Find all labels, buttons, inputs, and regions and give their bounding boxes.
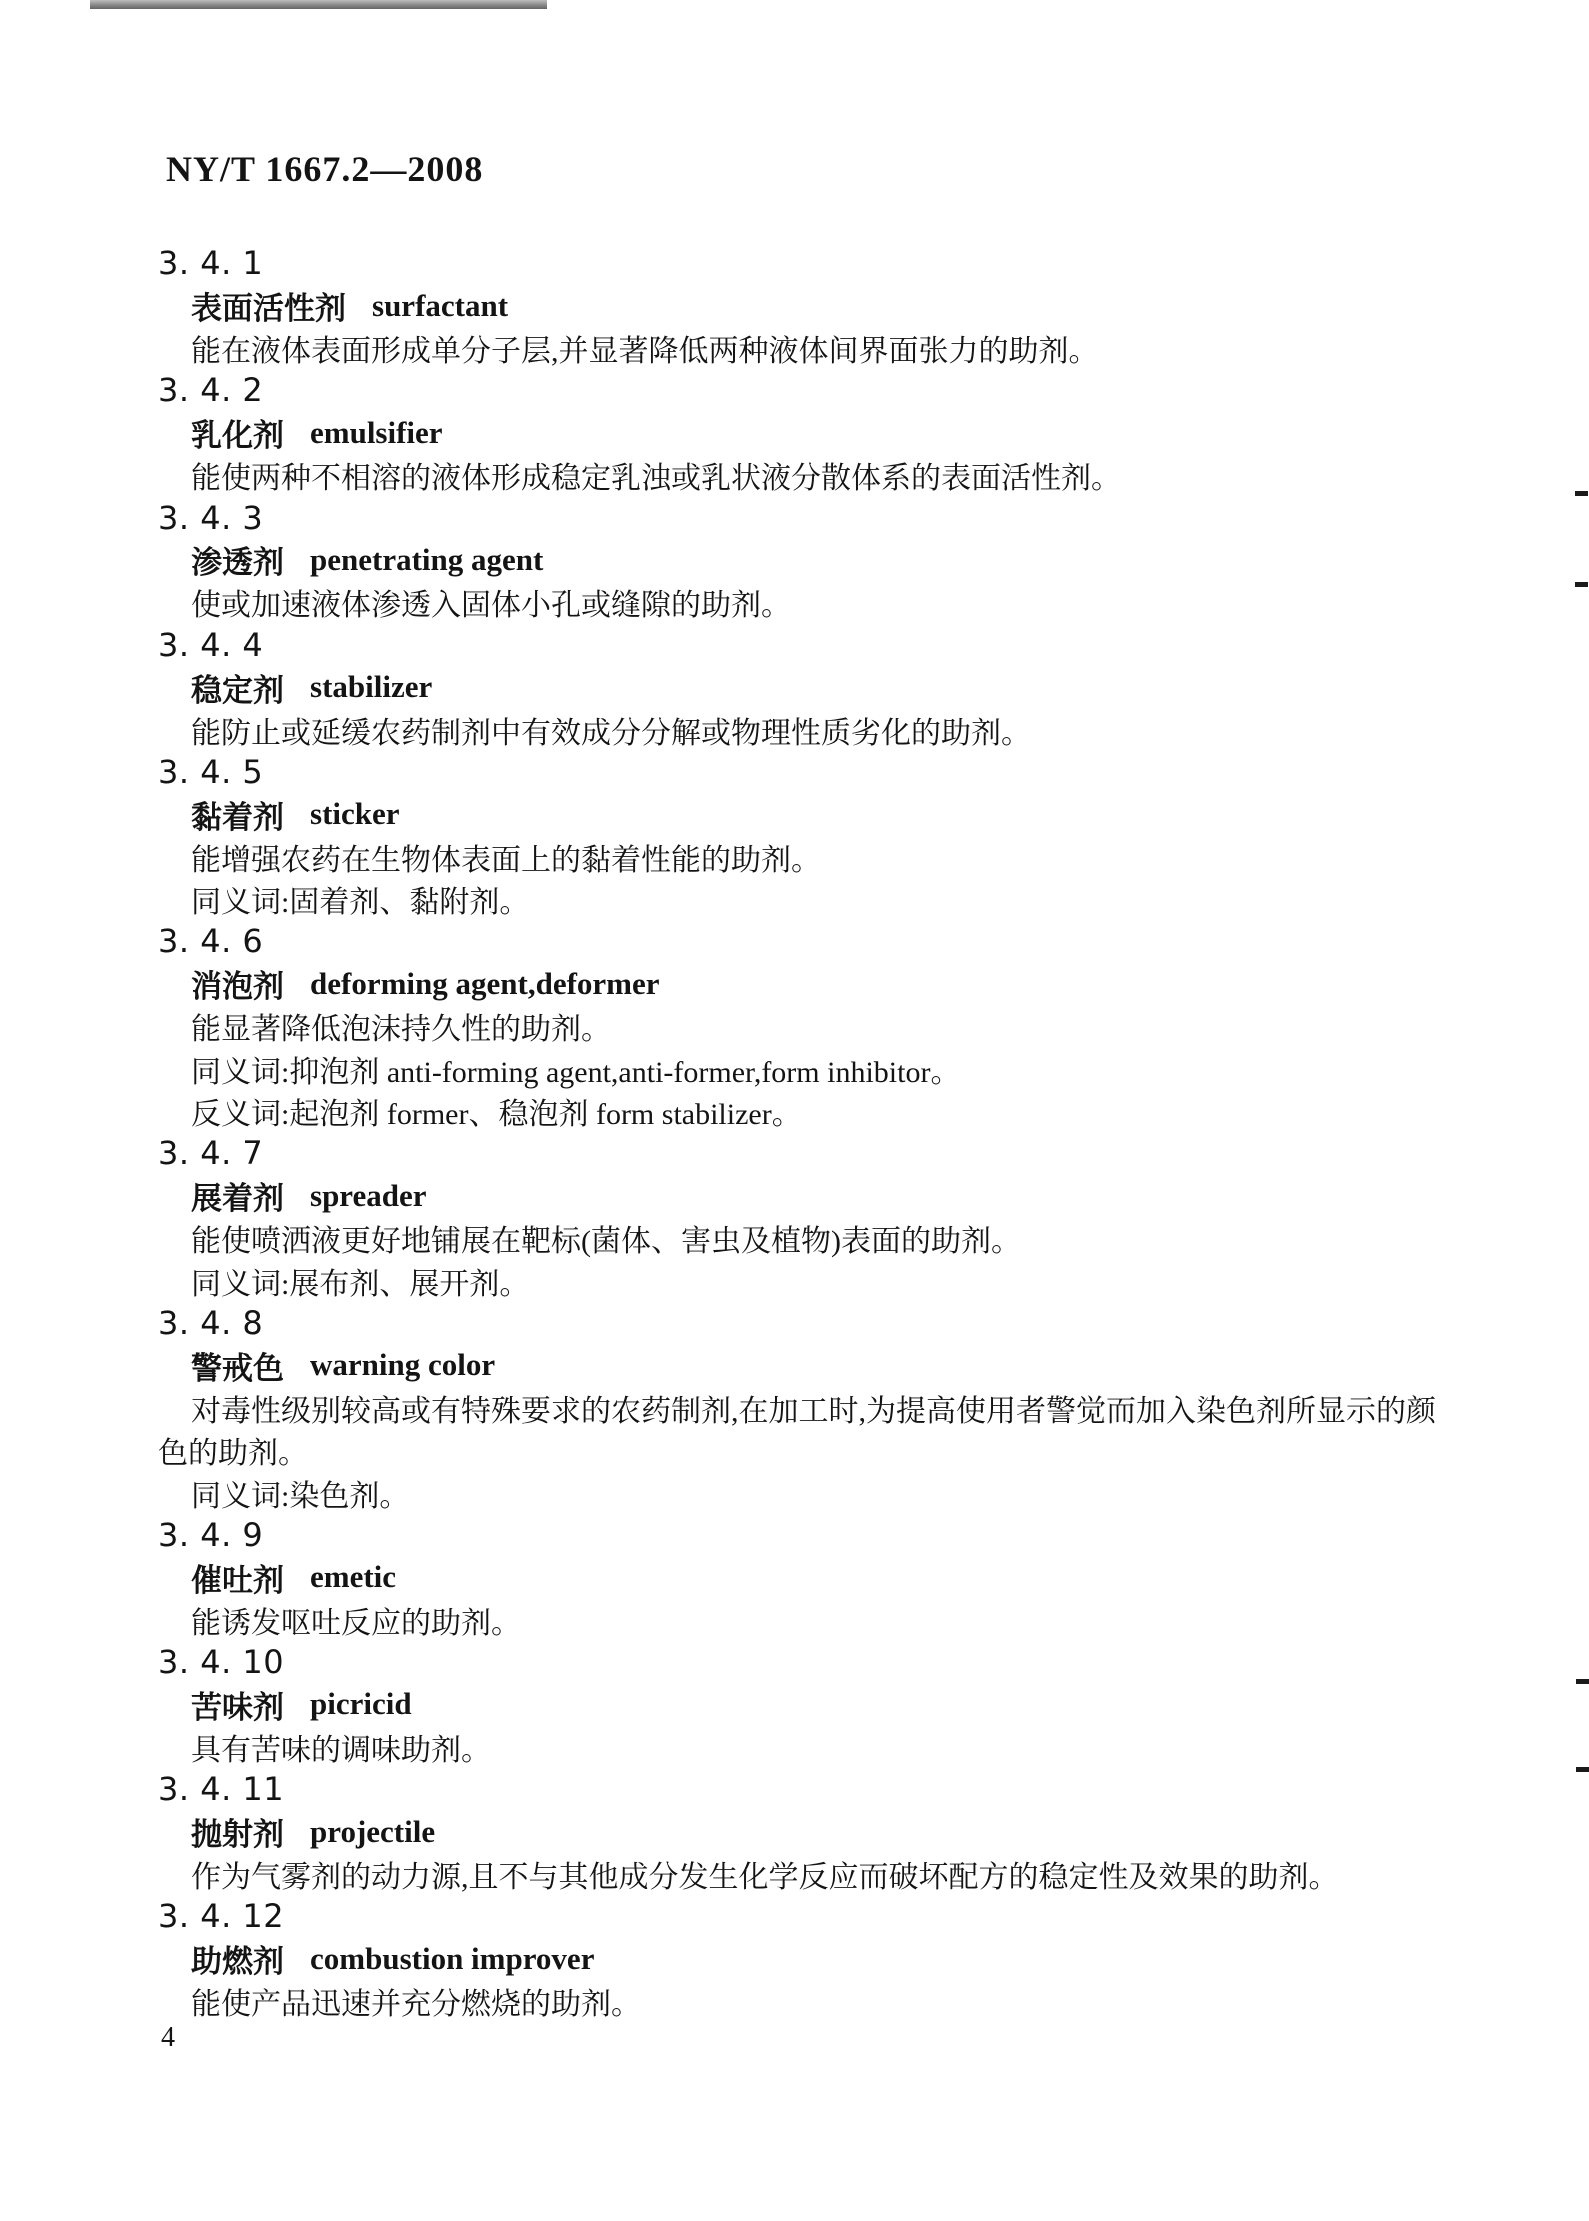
term-line: 渗透剂 penetrating agent — [158, 539, 1578, 581]
definition-line: 能在液体表面形成单分子层,并显著降低两种液体间界面张力的助剂。 — [158, 327, 1578, 369]
term-english: warning color — [310, 1347, 495, 1383]
section-number: 3. 4. 2 — [158, 369, 1578, 411]
standard-number-header: NY/T 1667.2—2008 — [166, 148, 483, 190]
definition-line: 能使喷洒液更好地铺展在靶标(菌体、害虫及植物)表面的助剂。 — [158, 1217, 1578, 1259]
definition-line: 对毒性级别较高或有特殊要求的农药制剂,在加工时,为提高使用者警觉而加入染色剂所显… — [158, 1387, 1578, 1429]
term-english: picricid — [310, 1686, 412, 1722]
definition-continuation-line: 色的助剂。 — [158, 1429, 1578, 1471]
term-line: 警戒色 warning color — [158, 1344, 1578, 1386]
definition-line: 作为气雾剂的动力源,且不与其他成分发生化学反应而破坏配方的稳定性及效果的助剂。 — [158, 1853, 1578, 1895]
section-number: 3. 4. 1 — [158, 242, 1578, 284]
term-line: 催吐剂 emetic — [158, 1556, 1578, 1598]
antonym-line: 反义词:起泡剂 former、稳泡剂 form stabilizer。 — [158, 1090, 1578, 1132]
section-3-4-12: 3. 4. 12 助燃剂 combustion improver 能使产品迅速并… — [158, 1895, 1578, 2022]
section-number: 3. 4. 9 — [158, 1514, 1578, 1556]
term-chinese: 抛射剂 — [191, 1809, 284, 1854]
term-line: 抛射剂 projectile — [158, 1810, 1578, 1852]
term-line: 消泡剂 deforming agent,deformer — [158, 963, 1578, 1005]
page-number: 4 — [161, 2022, 175, 2054]
section-3-4-4: 3. 4. 4 稳定剂 stabilizer 能防止或延缓农药制剂中有效成分分解… — [158, 624, 1578, 751]
document-page: NY/T 1667.2—2008 3. 4. 1 表面活性剂 surfactan… — [0, 0, 1589, 2221]
section-3-4-5: 3. 4. 5 黏着剂 sticker 能增强农药在生物体表面上的黏着性能的助剂… — [158, 751, 1578, 921]
section-number: 3. 4. 6 — [158, 920, 1578, 962]
term-chinese: 乳化剂 — [191, 410, 284, 455]
synonym-line: 同义词:染色剂。 — [158, 1471, 1578, 1513]
definition-line: 能增强农药在生物体表面上的黏着性能的助剂。 — [158, 835, 1578, 877]
synonym-line: 同义词:展布剂、展开剂。 — [158, 1259, 1578, 1301]
section-number: 3. 4. 7 — [158, 1132, 1578, 1174]
term-chinese: 表面活性剂 — [191, 283, 346, 328]
term-english: stabilizer — [310, 669, 432, 705]
term-line: 稳定剂 stabilizer — [158, 666, 1578, 708]
term-chinese: 催吐剂 — [191, 1555, 284, 1600]
definition-line: 能诱发呕吐反应的助剂。 — [158, 1599, 1578, 1641]
term-line: 苦味剂 picricid — [158, 1683, 1578, 1725]
term-chinese: 渗透剂 — [191, 537, 284, 582]
section-3-4-7: 3. 4. 7 展着剂 spreader 能使喷洒液更好地铺展在靶标(菌体、害虫… — [158, 1132, 1578, 1302]
section-3-4-1: 3. 4. 1 表面活性剂 surfactant 能在液体表面形成单分子层,并显… — [158, 242, 1578, 369]
term-chinese: 消泡剂 — [191, 961, 284, 1006]
definition-line: 能显著降低泡沫持久性的助剂。 — [158, 1005, 1578, 1047]
scan-artifact-bar — [90, 0, 547, 9]
term-english: penetrating agent — [310, 542, 543, 578]
term-english: surfactant — [372, 288, 508, 324]
term-chinese: 稳定剂 — [191, 665, 284, 710]
term-chinese: 展着剂 — [191, 1173, 284, 1218]
section-3-4-11: 3. 4. 11 抛射剂 projectile 作为气雾剂的动力源,且不与其他成… — [158, 1768, 1578, 1895]
definition-line: 能使两种不相溶的液体形成稳定乳浊或乳状液分散体系的表面活性剂。 — [158, 454, 1578, 496]
term-english: projectile — [310, 1814, 435, 1850]
term-line: 乳化剂 emulsifier — [158, 412, 1578, 454]
section-number: 3. 4. 11 — [158, 1768, 1578, 1810]
term-line: 助燃剂 combustion improver — [158, 1938, 1578, 1980]
term-english: sticker — [310, 796, 400, 832]
term-line: 展着剂 spreader — [158, 1175, 1578, 1217]
terms-content: 3. 4. 1 表面活性剂 surfactant 能在液体表面形成单分子层,并显… — [158, 242, 1578, 2022]
section-number: 3. 4. 8 — [158, 1302, 1578, 1344]
definition-line: 使或加速液体渗透入固体小孔或缝隙的助剂。 — [158, 581, 1578, 623]
section-number: 3. 4. 3 — [158, 496, 1578, 538]
section-3-4-6: 3. 4. 6 消泡剂 deforming agent,deformer 能显著… — [158, 920, 1578, 1132]
definition-line: 具有苦味的调味助剂。 — [158, 1726, 1578, 1768]
term-chinese: 苦味剂 — [191, 1682, 284, 1727]
definition-line: 能防止或延缓农药制剂中有效成分分解或物理性质劣化的助剂。 — [158, 708, 1578, 750]
synonym-line: 同义词:抑泡剂 anti-forming agent,anti-former,f… — [158, 1047, 1578, 1089]
term-english: spreader — [310, 1178, 427, 1214]
section-3-4-8: 3. 4. 8 警戒色 warning color 对毒性级别较高或有特殊要求的… — [158, 1302, 1578, 1514]
scan-artifact-dash — [1576, 1767, 1589, 1772]
term-line: 黏着剂 sticker — [158, 793, 1578, 835]
section-number: 3. 4. 4 — [158, 624, 1578, 666]
scan-artifact-dash — [1575, 491, 1588, 496]
term-chinese: 助燃剂 — [191, 1936, 284, 1981]
term-english: deforming agent,deformer — [310, 966, 660, 1002]
section-3-4-9: 3. 4. 9 催吐剂 emetic 能诱发呕吐反应的助剂。 — [158, 1514, 1578, 1641]
term-chinese: 黏着剂 — [191, 792, 284, 837]
section-number: 3. 4. 10 — [158, 1641, 1578, 1683]
term-english: emetic — [310, 1559, 396, 1595]
term-english: combustion improver — [310, 1941, 594, 1977]
section-number: 3. 4. 12 — [158, 1895, 1578, 1937]
scan-artifact-dash — [1576, 1679, 1589, 1684]
synonym-line: 同义词:固着剂、黏附剂。 — [158, 878, 1578, 920]
scan-artifact-dash — [1575, 582, 1588, 587]
section-3-4-2: 3. 4. 2 乳化剂 emulsifier 能使两种不相溶的液体形成稳定乳浊或… — [158, 369, 1578, 496]
definition-line: 能使产品迅速并充分燃烧的助剂。 — [158, 1980, 1578, 2022]
term-chinese: 警戒色 — [191, 1343, 284, 1388]
section-3-4-3: 3. 4. 3 渗透剂 penetrating agent 使或加速液体渗透入固… — [158, 496, 1578, 623]
term-line: 表面活性剂 surfactant — [158, 284, 1578, 326]
section-number: 3. 4. 5 — [158, 751, 1578, 793]
term-english: emulsifier — [310, 415, 443, 451]
section-3-4-10: 3. 4. 10 苦味剂 picricid 具有苦味的调味助剂。 — [158, 1641, 1578, 1768]
